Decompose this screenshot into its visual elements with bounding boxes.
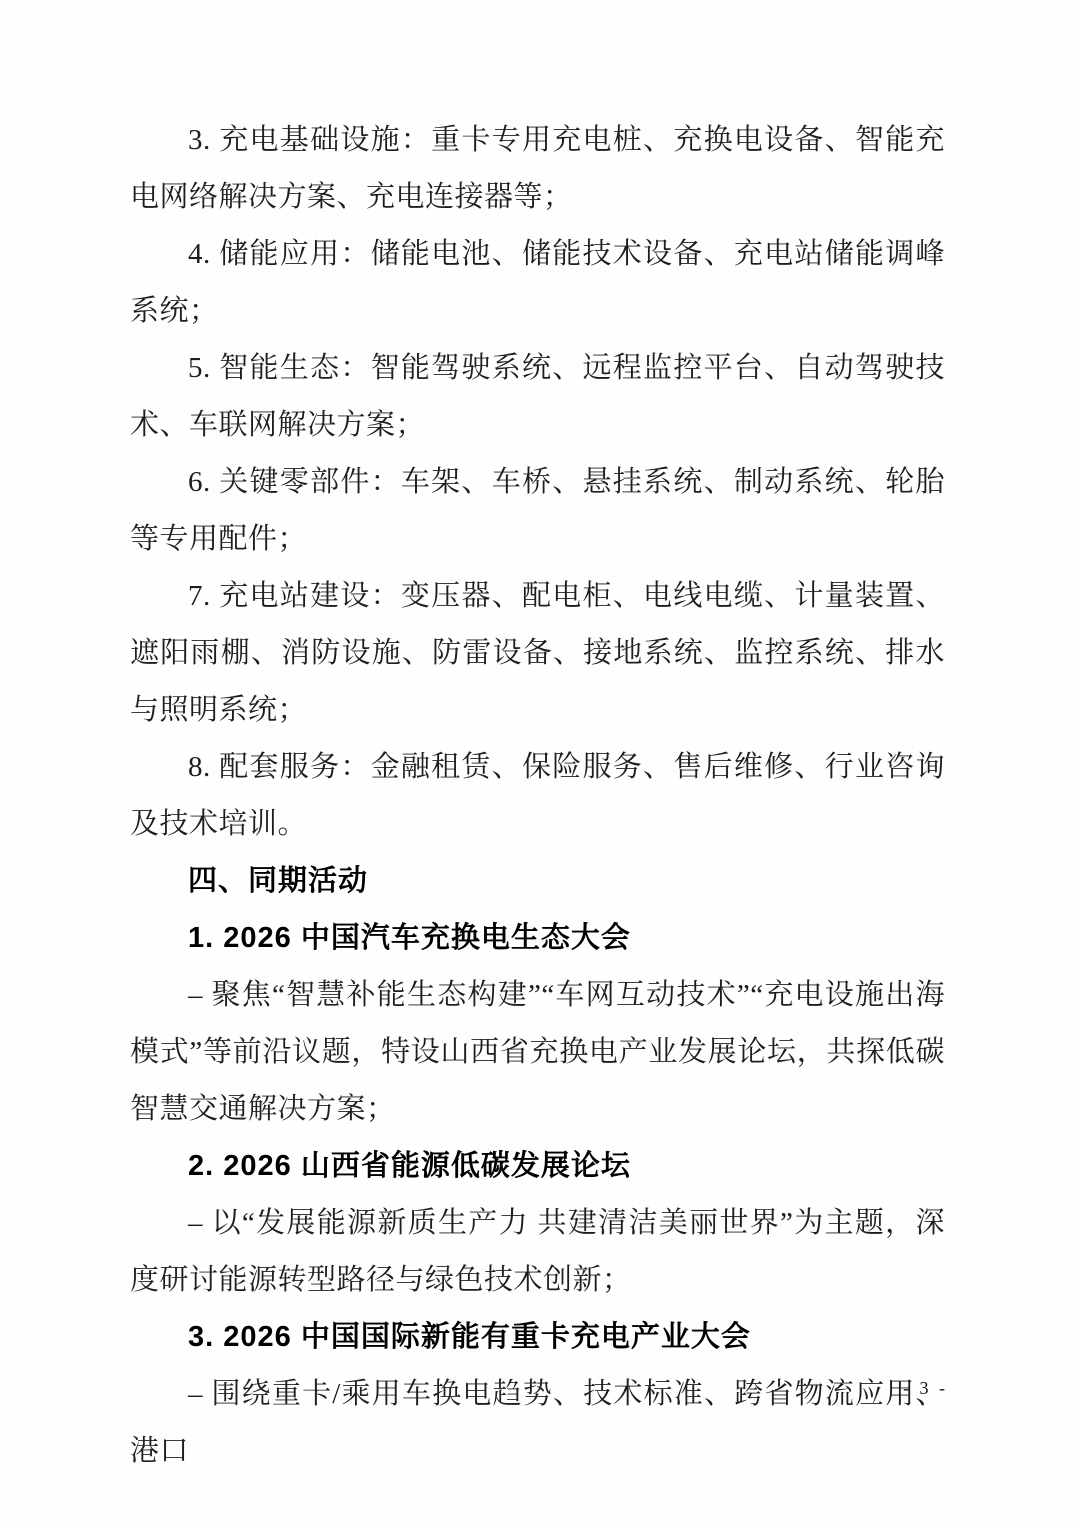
list-item-supporting-services: 8. 配套服务：金融租赁、保险服务、售后维修、行业咨询及技术培训。 [130,739,945,853]
event-heading-heavy-truck-charging-conference: 3. 2026 中国国际新能有重卡充电产业大会 [130,1309,945,1366]
list-item-key-components: 6. 关键零部件：车架、车桥、悬挂系统、制动系统、轮胎等专用配件； [130,454,945,568]
event-heading-ev-swap-ecosystem-conference: 1. 2026 中国汽车充换电生态大会 [130,910,945,967]
event-heading-shanxi-low-carbon-forum: 2. 2026 山西省能源低碳发展论坛 [130,1138,945,1195]
section-heading-concurrent-events: 四、同期活动 [130,853,945,910]
list-item-charging-infrastructure: 3. 充电基础设施：重卡专用充电桩、充换电设备、智能充电网络解决方案、充电连接器… [130,112,945,226]
list-item-energy-storage: 4. 储能应用：储能电池、储能技术设备、充电站储能调峰系统； [130,226,945,340]
event-detail-shanxi-low-carbon-forum: – 以“发展能源新质生产力 共建清洁美丽世界”为主题，深度研讨能源转型路径与绿色… [130,1195,945,1309]
list-item-intelligent-ecosystem: 5. 智能生态：智能驾驶系统、远程监控平台、自动驾驶技术、车联网解决方案； [130,340,945,454]
document-page: 3. 充电基础设施：重卡专用充电桩、充换电设备、智能充电网络解决方案、充电连接器… [0,0,1080,1528]
page-number: - 3 - [903,1378,948,1399]
list-item-charging-station-construction: 7. 充电站建设：变压器、配电柜、电线电缆、计量装置、遮阳雨棚、消防设施、防雷设… [130,568,945,739]
event-detail-ev-swap-ecosystem-conference: – 聚焦“智慧补能生态构建”“车网互动技术”“充电设施出海模式”等前沿议题，特设… [130,967,945,1138]
document-body: 3. 充电基础设施：重卡专用充电桩、充换电设备、智能充电网络解决方案、充电连接器… [130,112,945,1480]
event-detail-heavy-truck-charging-conference: – 围绕重卡/乘用车换电趋势、技术标准、跨省物流应用、港口 [130,1366,945,1480]
